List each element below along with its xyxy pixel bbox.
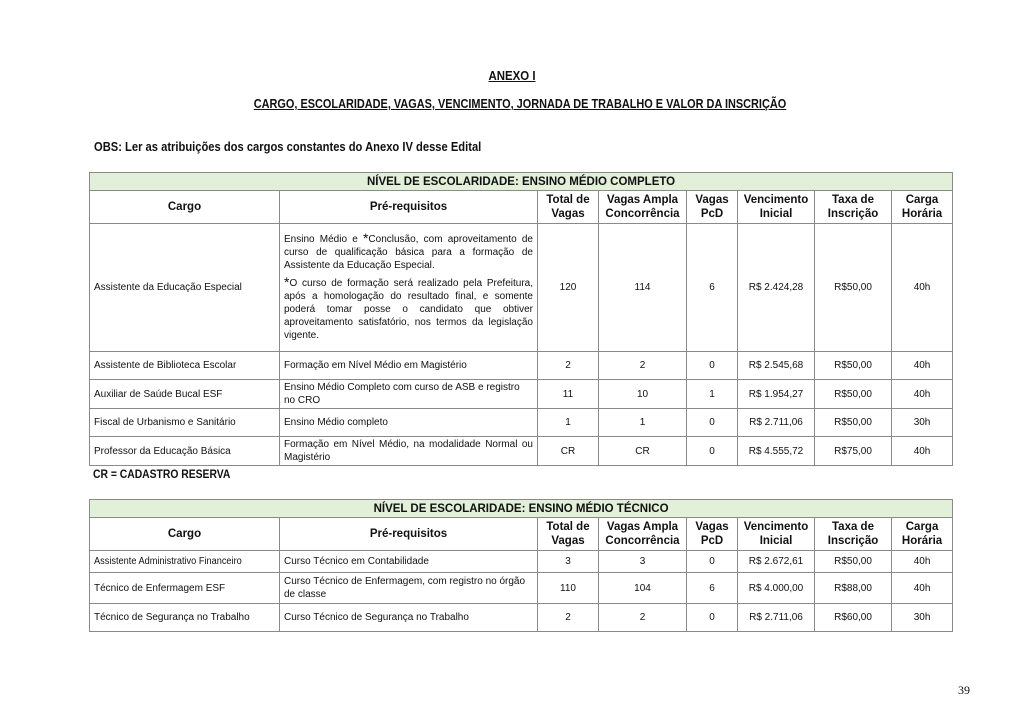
cell-vencimento: R$ 2.672,61 — [738, 551, 815, 573]
col-vagas-pcd: Vagas PcD — [687, 191, 738, 224]
col-cargo: Cargo — [90, 191, 280, 224]
col-cargo: Cargo — [90, 518, 280, 551]
cell-vencimento: R$ 2.424,28 — [738, 224, 815, 352]
cell-ampla: 10 — [599, 380, 687, 409]
cell-carga: 40h — [892, 352, 953, 380]
col-total-vagas: Total de Vagas — [538, 518, 599, 551]
level-header: NÍVEL DE ESCOLARIDADE: ENSINO MÉDIO TÉCN… — [90, 500, 953, 518]
cell-pcd: 6 — [687, 573, 738, 604]
cell-taxa: R$50,00 — [815, 380, 892, 409]
document-subtitle: CARGO, ESCOLARIDADE, VAGAS, VENCIMENTO, … — [83, 96, 957, 111]
cell-pcd: 0 — [687, 437, 738, 466]
column-header-row: Cargo Pré-requisitos Total de Vagas Vaga… — [90, 191, 953, 224]
col-vencimento: Vencimento Inicial — [738, 191, 815, 224]
table-row: Assistente da Educação Especial Ensino M… — [90, 224, 953, 352]
cell-total: 110 — [538, 573, 599, 604]
cell-ampla: 114 — [599, 224, 687, 352]
cell-ampla: CR — [599, 437, 687, 466]
cell-ampla: 2 — [599, 352, 687, 380]
table-ensino-medio-completo: NÍVEL DE ESCOLARIDADE: ENSINO MÉDIO COMP… — [89, 172, 953, 466]
cell-ampla: 1 — [599, 409, 687, 437]
level-header: NÍVEL DE ESCOLARIDADE: ENSINO MÉDIO COMP… — [90, 173, 953, 191]
cell-prereq: Curso Técnico de Segurança no Trabalho — [280, 604, 538, 632]
cell-vencimento: R$ 1.954,27 — [738, 380, 815, 409]
annex-title: ANEXO I — [61, 68, 962, 83]
col-vagas-ampla: Vagas Ampla Concorrência — [599, 518, 687, 551]
cell-total: 3 — [538, 551, 599, 573]
cell-carga: 40h — [892, 224, 953, 352]
cell-taxa: R$50,00 — [815, 352, 892, 380]
cell-prereq: Formação em Nível Médio em Magistério — [280, 352, 538, 380]
cell-cargo: Auxiliar de Saúde Bucal ESF — [90, 380, 280, 409]
cell-carga: 40h — [892, 551, 953, 573]
col-vencimento: Vencimento Inicial — [738, 518, 815, 551]
cell-vencimento: R$ 2.545,68 — [738, 352, 815, 380]
table-row: Técnico de Segurança no Trabalho Curso T… — [90, 604, 953, 632]
cell-total: 120 — [538, 224, 599, 352]
cell-cargo: Assistente de Biblioteca Escolar — [90, 352, 280, 380]
col-vagas-ampla: Vagas Ampla Concorrência — [599, 191, 687, 224]
cell-prereq: Ensino Médio completo — [280, 409, 538, 437]
cell-total: 1 — [538, 409, 599, 437]
cell-vencimento: R$ 2.711,06 — [738, 409, 815, 437]
cell-ampla: 104 — [599, 573, 687, 604]
cell-cargo: Técnico de Enfermagem ESF — [90, 573, 280, 604]
cell-cargo: Fiscal de Urbanismo e Sanitário — [90, 409, 280, 437]
col-prerequisitos: Pré-requisitos — [280, 191, 538, 224]
cell-prereq: Formação em Nível Médio, na modalidade N… — [280, 437, 538, 466]
cell-vencimento: R$ 4.555,72 — [738, 437, 815, 466]
cell-taxa: R$50,00 — [815, 224, 892, 352]
cell-cargo: Técnico de Segurança no Trabalho — [90, 604, 280, 632]
cell-prereq: Ensino Médio e *Conclusão, com aproveita… — [280, 224, 538, 352]
cell-prereq: Curso Técnico em Contabilidade — [280, 551, 538, 573]
cell-ampla: 3 — [599, 551, 687, 573]
cell-taxa: R$60,00 — [815, 604, 892, 632]
cell-pcd: 0 — [687, 409, 738, 437]
col-carga: Carga Horária — [892, 518, 953, 551]
table-row: Assistente Administrativo Financeiro Cur… — [90, 551, 953, 573]
col-carga: Carga Horária — [892, 191, 953, 224]
column-header-row: Cargo Pré-requisitos Total de Vagas Vaga… — [90, 518, 953, 551]
table-row: Técnico de Enfermagem ESF Curso Técnico … — [90, 573, 953, 604]
cell-pcd: 0 — [687, 352, 738, 380]
table-row: Auxiliar de Saúde Bucal ESF Ensino Médio… — [90, 380, 953, 409]
cell-pcd: 0 — [687, 551, 738, 573]
cell-carga: 30h — [892, 604, 953, 632]
cell-pcd: 6 — [687, 224, 738, 352]
col-vagas-pcd: Vagas PcD — [687, 518, 738, 551]
cell-taxa: R$75,00 — [815, 437, 892, 466]
cell-carga: 40h — [892, 573, 953, 604]
col-taxa: Taxa de Inscrição — [815, 191, 892, 224]
cell-cargo: Professor da Educação Básica — [90, 437, 280, 466]
cell-cargo: Assistente da Educação Especial — [90, 224, 280, 352]
table-row: Fiscal de Urbanismo e Sanitário Ensino M… — [90, 409, 953, 437]
cell-vencimento: R$ 4.000,00 — [738, 573, 815, 604]
col-total-vagas: Total de Vagas — [538, 191, 599, 224]
cr-note: CR = CADASTRO RESERVA — [93, 469, 230, 481]
cell-total: CR — [538, 437, 599, 466]
cell-pcd: 1 — [687, 380, 738, 409]
cell-carga: 40h — [892, 380, 953, 409]
table-ensino-medio-tecnico: NÍVEL DE ESCOLARIDADE: ENSINO MÉDIO TÉCN… — [89, 499, 953, 632]
cell-prereq: Curso Técnico de Enfermagem, com registr… — [280, 573, 538, 604]
cell-cargo: Assistente Administrativo Financeiro — [90, 551, 280, 573]
cell-total: 2 — [538, 352, 599, 380]
cell-total: 2 — [538, 604, 599, 632]
cell-pcd: 0 — [687, 604, 738, 632]
table-row: Professor da Educação Básica Formação em… — [90, 437, 953, 466]
cell-ampla: 2 — [599, 604, 687, 632]
cell-taxa: R$50,00 — [815, 409, 892, 437]
col-prerequisitos: Pré-requisitos — [280, 518, 538, 551]
page-number: 39 — [958, 683, 970, 698]
cell-total: 11 — [538, 380, 599, 409]
cell-carga: 40h — [892, 437, 953, 466]
cell-carga: 30h — [892, 409, 953, 437]
cell-prereq: Ensino Médio Completo com curso de ASB e… — [280, 380, 538, 409]
cell-vencimento: R$ 2.711,06 — [738, 604, 815, 632]
col-taxa: Taxa de Inscrição — [815, 518, 892, 551]
obs-note: OBS: Ler as atribuições dos cargos const… — [94, 139, 481, 154]
table-row: Assistente de Biblioteca Escolar Formaçã… — [90, 352, 953, 380]
cell-taxa: R$88,00 — [815, 573, 892, 604]
cell-taxa: R$50,00 — [815, 551, 892, 573]
